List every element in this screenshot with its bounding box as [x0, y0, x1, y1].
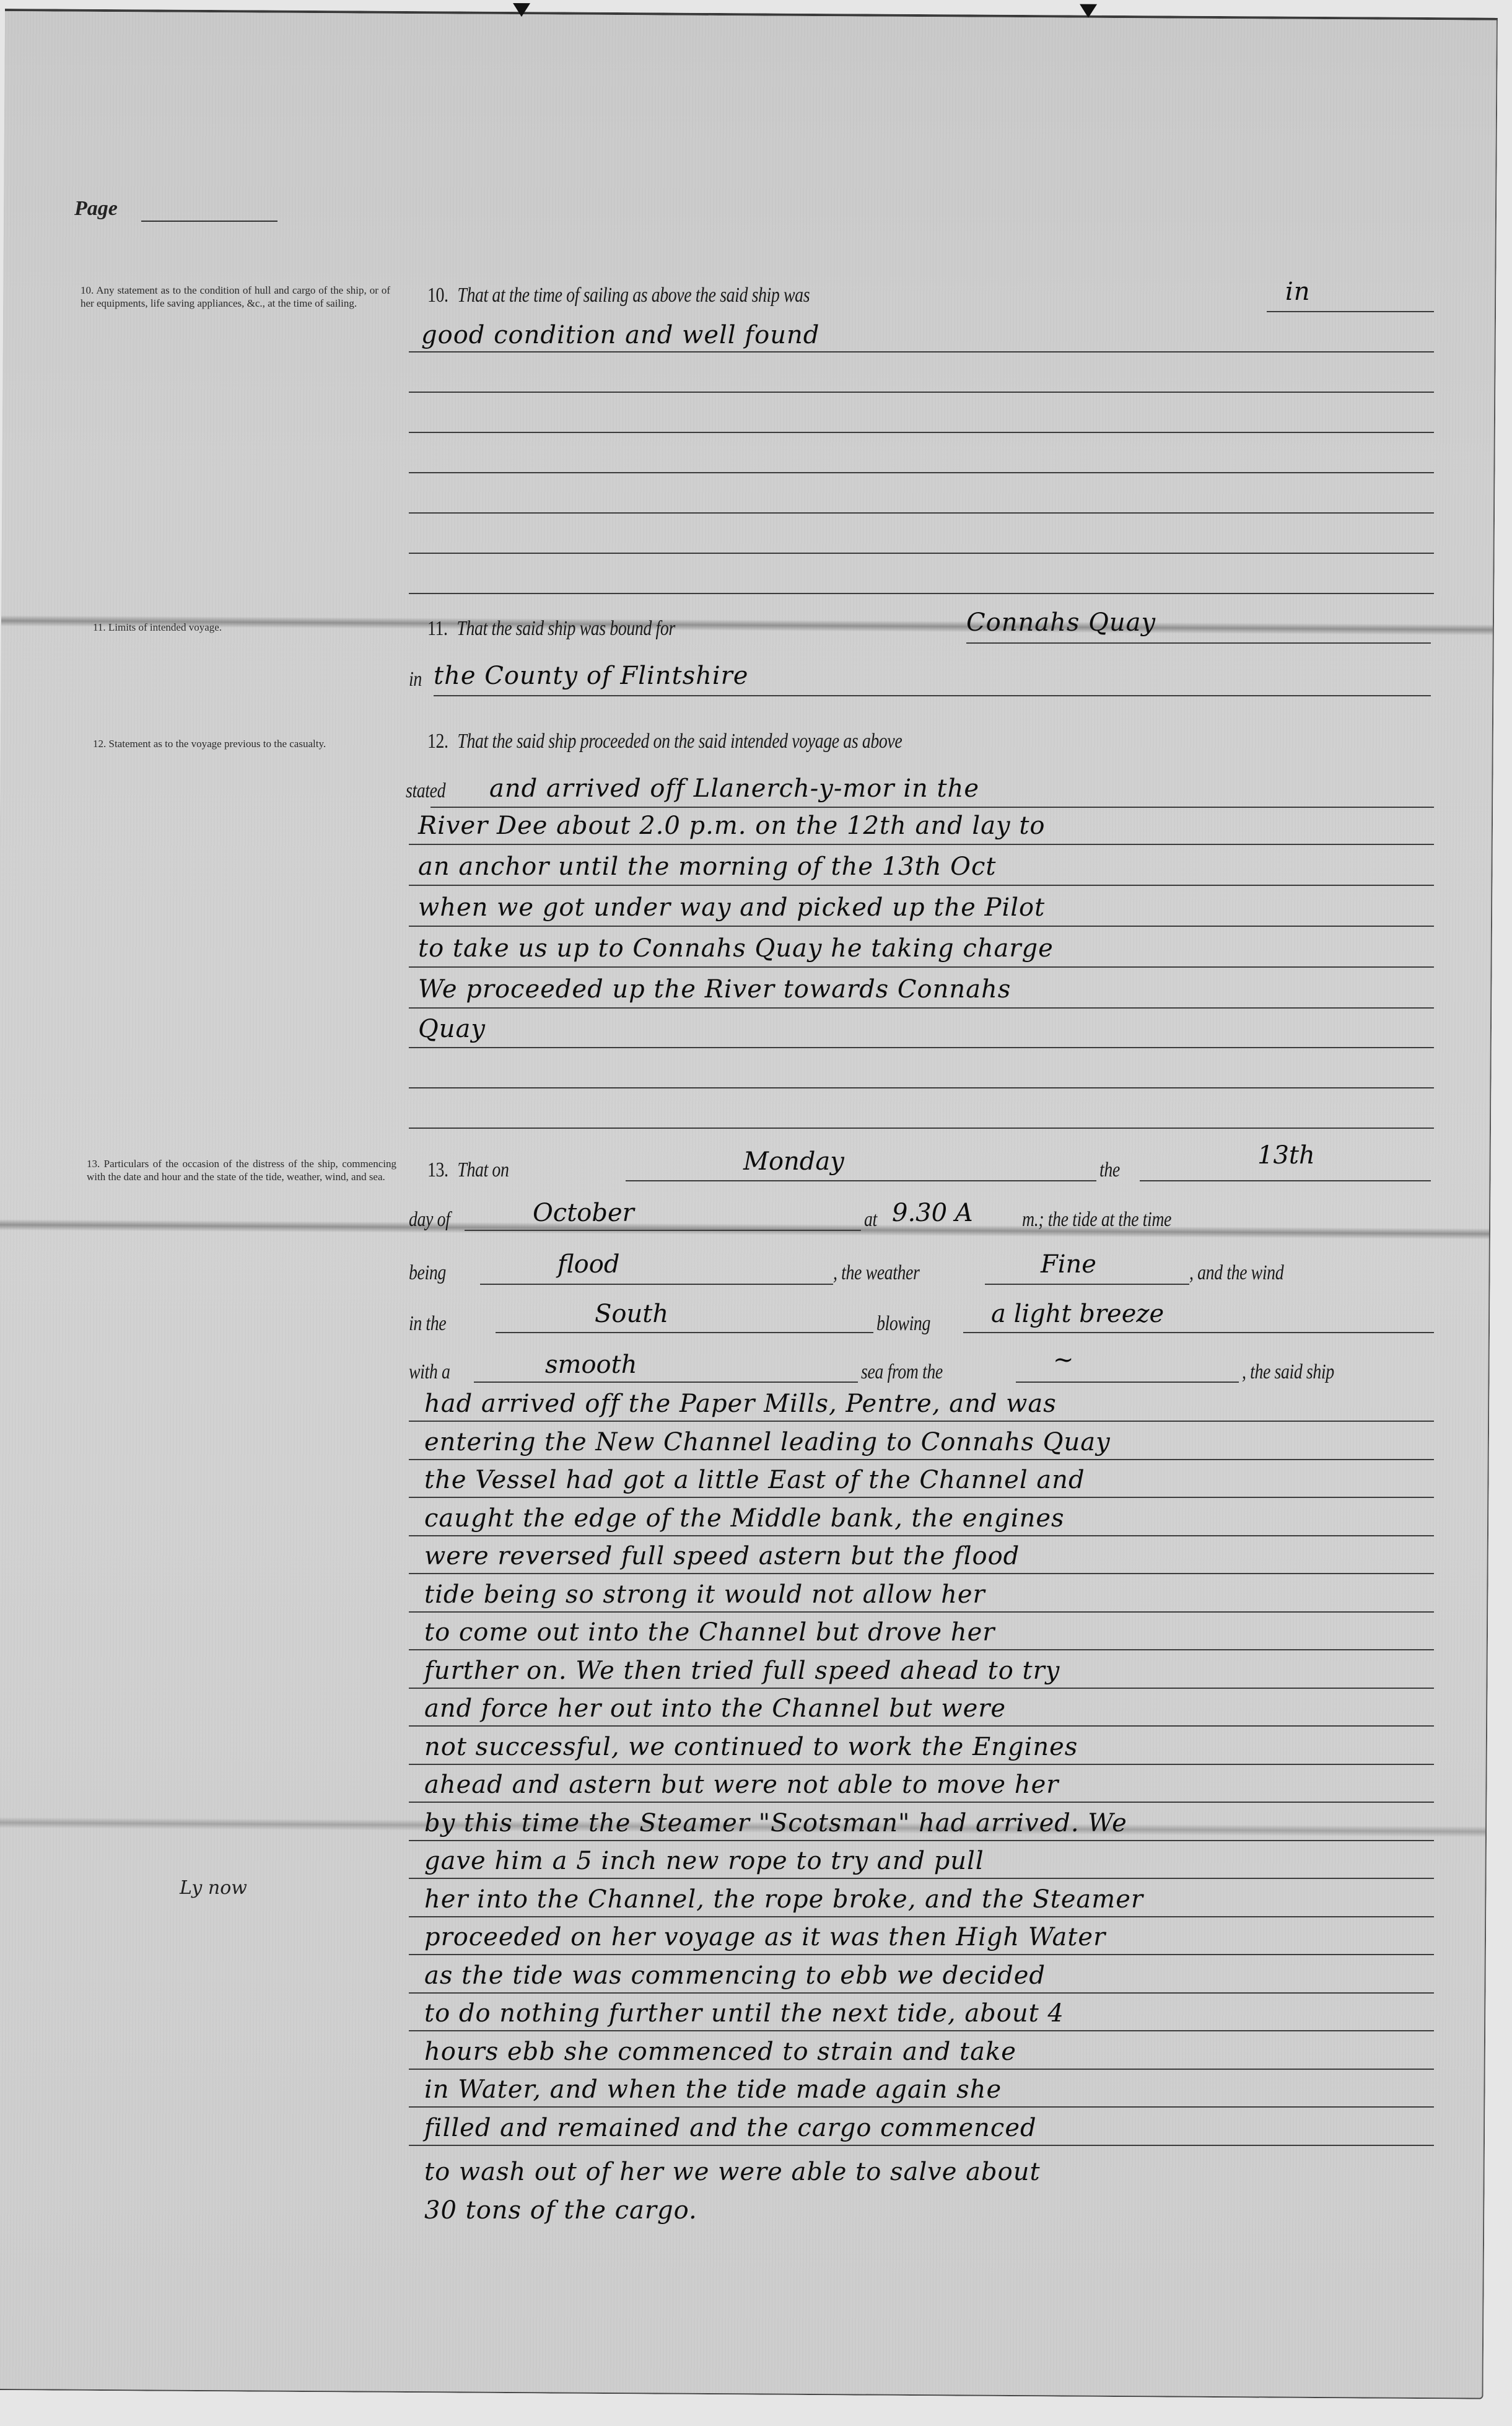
section-number: 12.	[427, 730, 448, 753]
section-13-narrative-line: her into the Channel, the rope broke, an…	[424, 1885, 1143, 1914]
ruled-line	[409, 1878, 1434, 1879]
ruled-line	[409, 1459, 1434, 1460]
section-13-narrative-line: further on. We then tried full speed ahe…	[424, 1657, 1060, 1685]
being-label: being	[409, 1261, 446, 1285]
section-12-printed: 12.That the said ship proceeded on the s…	[427, 730, 902, 753]
section-12-answer-line: to take us up to Connahs Quay he taking …	[418, 934, 1054, 963]
ruled-line	[409, 1764, 1434, 1765]
weather-value: Fine	[1041, 1250, 1096, 1279]
ruled-line	[409, 1954, 1434, 1955]
section-11-line2-label: in	[409, 668, 422, 691]
section-11-printed: 11.That the said ship was bound for	[427, 617, 675, 641]
section-13-narrative-line: had arrived off the Paper Mills, Pentre,…	[424, 1390, 1057, 1418]
at-label: at	[864, 1208, 877, 1232]
that-on-label: That on	[457, 1158, 509, 1181]
section-13-narrative-line: caught the edge of the Middle bank, the …	[424, 1504, 1065, 1533]
ruled-line	[409, 1725, 1434, 1727]
section-13-narrative-line: 30 tons of the cargo.	[424, 2196, 697, 2225]
section-13-narrative-line: as the tide was commencing to ebb we dec…	[424, 1961, 1046, 1990]
ruled-line	[409, 1916, 1434, 1917]
ruled-line	[409, 2030, 1434, 2031]
ruled-line	[1016, 1382, 1239, 1383]
ruled-line	[409, 512, 1434, 514]
section-10-answer-2: good condition and well found	[421, 321, 819, 349]
sea-from-value: ~	[1053, 1346, 1074, 1374]
section-number: 13.	[427, 1158, 448, 1181]
ruled-line	[966, 642, 1431, 644]
section-13-narrative-line: not successful, we continued to work the…	[424, 1733, 1078, 1761]
ruled-line	[409, 1128, 1434, 1129]
blowing-label: blowing	[876, 1312, 930, 1336]
ruled-line	[409, 2106, 1434, 2108]
sea-from-label: sea from the	[861, 1360, 943, 1384]
ruled-line	[409, 1649, 1434, 1650]
section-11-text: That the said ship was bound for	[457, 617, 675, 640]
ruled-line	[496, 1332, 873, 1333]
ruled-line	[474, 1382, 858, 1383]
ruled-line	[409, 1535, 1434, 1536]
ruled-line	[409, 885, 1434, 886]
wind-direction-value: South	[595, 1300, 668, 1328]
ruled-line	[409, 351, 1434, 353]
ruled-line	[409, 472, 1434, 473]
month-value: October	[533, 1199, 634, 1227]
ruled-line	[409, 926, 1434, 927]
ruled-line	[409, 966, 1434, 968]
ruled-line	[409, 1087, 1434, 1088]
section-12-line2-label: stated	[406, 779, 445, 803]
margin-annotation: Ly now	[180, 1877, 247, 1899]
said-ship-label: , the said ship	[1242, 1360, 1334, 1384]
ruled-line	[480, 1284, 833, 1285]
section-number: 10.	[427, 284, 448, 307]
day-of-label: day of	[409, 1208, 450, 1232]
section-12-answer-line: and arrived off Llanerch-y-mor in the	[489, 774, 979, 803]
ruled-line	[409, 1611, 1434, 1613]
ruled-line	[409, 1047, 1434, 1048]
ruled-line	[409, 392, 1434, 393]
section-13-narrative-line: to do nothing further until the next tid…	[424, 1999, 1064, 2028]
section-10-text: That at the time of sailing as above the…	[457, 284, 810, 307]
day-value: Monday	[743, 1147, 844, 1176]
section-13-narrative-line: entering the New Channel leading to Conn…	[424, 1428, 1111, 1456]
section-11-answer-2: the County of Flintshire	[434, 662, 748, 690]
section-10-printed: 10.That at the time of sailing as above …	[427, 284, 810, 307]
wind-label: , and the wind	[1189, 1261, 1283, 1285]
page-label: Page	[74, 197, 118, 221]
section-11-answer-1: Connahs Quay	[966, 608, 1156, 637]
margin-note-13: 13. Particulars of the occasion of the d…	[87, 1157, 396, 1183]
time-value: 9.30 A	[892, 1199, 973, 1227]
time-suffix-label: m.; the tide at the time	[1022, 1208, 1171, 1232]
margin-note-11: 11. Limits of intended voyage.	[93, 621, 403, 634]
section-13-printed: 13.That on	[427, 1158, 509, 1182]
ruled-line	[1140, 1180, 1431, 1181]
section-12-answer-line: River Dee about 2.0 p.m. on the 12th and…	[418, 812, 1046, 840]
wind-strength-value: a light breeze	[991, 1300, 1164, 1328]
ruled-line	[409, 593, 1434, 594]
ruled-line	[409, 1688, 1434, 1689]
ruled-line	[409, 432, 1434, 433]
section-13-narrative-line: ahead and astern but were not able to mo…	[424, 1771, 1059, 1799]
ruled-line	[985, 1284, 1189, 1285]
section-13-narrative-line: proceeded on her voyage as it was then H…	[424, 1923, 1106, 1951]
ruled-line	[963, 1332, 1434, 1333]
ruled-line	[409, 2069, 1434, 2070]
section-12-answer-line: We proceeded up the River towards Connah…	[418, 975, 1011, 1004]
ruled-line	[409, 1421, 1434, 1422]
section-13-narrative-line: by this time the Steamer "Scotsman" had …	[424, 1809, 1127, 1837]
ruled-line	[409, 1007, 1434, 1009]
ruled-line	[409, 2145, 1434, 2146]
ruled-line	[465, 1230, 861, 1231]
ruled-line	[1267, 311, 1434, 312]
section-12-answer-line: when we got under way and picked up the …	[418, 893, 1045, 922]
ruled-line	[409, 1497, 1434, 1498]
ruled-line	[430, 807, 1434, 808]
ruled-line	[626, 1180, 1096, 1181]
ruled-line	[409, 1573, 1434, 1574]
ruled-line	[434, 695, 1431, 696]
ruled-line	[409, 1992, 1434, 1994]
ruled-line	[409, 844, 1434, 845]
section-13-narrative-line: the Vessel had got a little East of the …	[424, 1466, 1085, 1494]
pin-icon	[513, 3, 530, 17]
section-13-narrative-line: to wash out of her we were able to salve…	[424, 2158, 1041, 2186]
in-the-label: in the	[409, 1312, 446, 1336]
section-13-narrative-line: tide being so strong it would not allow …	[424, 1580, 985, 1609]
sea-value: smooth	[545, 1351, 637, 1379]
section-13-narrative-line: were reversed full speed astern but the …	[424, 1542, 1020, 1570]
section-13-narrative-line: in Water, and when the tide made again s…	[424, 2075, 1002, 2104]
margin-note-12: 12. Statement as to the voyage previous …	[93, 737, 403, 750]
section-12-answer-line: Quay	[418, 1015, 486, 1043]
section-13-narrative-line: gave him a 5 inch new rope to try and pu…	[424, 1847, 984, 1875]
ruled-line	[409, 1840, 1434, 1841]
section-number: 11.	[427, 617, 448, 640]
section-10-answer-1: in	[1285, 278, 1311, 306]
section-13-narrative-line: and force her out into the Channel but w…	[424, 1694, 1006, 1723]
weather-label: , the weather	[833, 1261, 919, 1285]
with-a-label: with a	[409, 1360, 450, 1384]
section-13-narrative-line: filled and remained and the cargo commen…	[424, 2114, 1037, 2142]
ruled-line	[409, 1802, 1434, 1803]
tide-value: flood	[557, 1250, 619, 1279]
margin-note-10: 10. Any statement as to the condition of…	[81, 284, 390, 310]
section-13-narrative-line: to come out into the Channel but drove h…	[424, 1618, 995, 1647]
ruled-line	[409, 553, 1434, 554]
section-12-text: That the said ship proceeded on the said…	[457, 730, 902, 753]
date-value: 13th	[1257, 1141, 1315, 1170]
page-number-line	[141, 221, 277, 222]
section-12-answer-line: an anchor until the morning of the 13th …	[418, 852, 996, 881]
section-13-narrative-line: hours ebb she commenced to strain and ta…	[424, 2038, 1016, 2066]
pin-icon	[1080, 4, 1097, 18]
the-label: the	[1099, 1158, 1120, 1182]
